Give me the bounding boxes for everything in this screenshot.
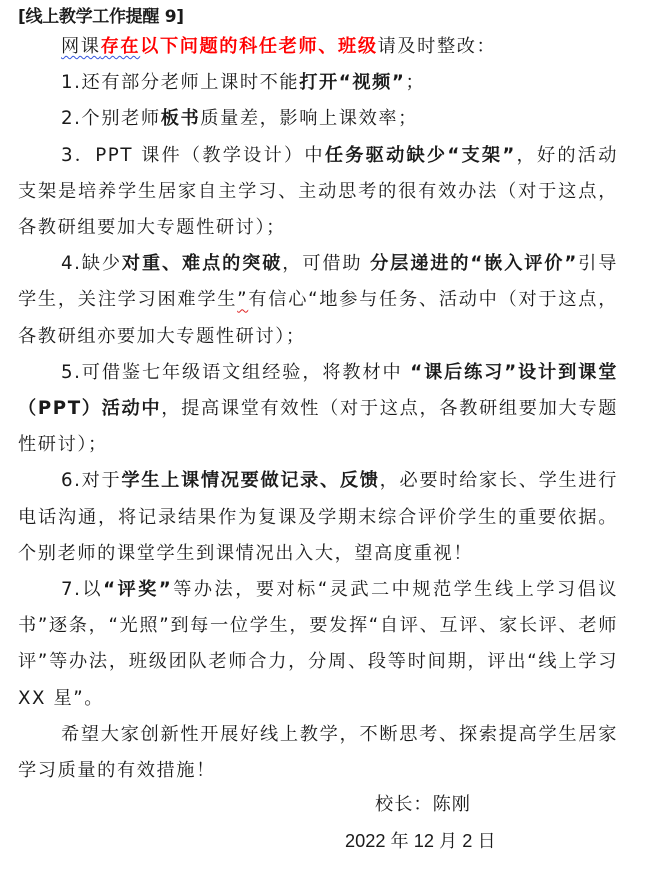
item-3: 3．PPT 课件（教学设计）中任务驱动缺少“支架”，好的活动支架是培养学生居家自… [18,138,618,247]
item-7-bold: “评奖” [103,579,172,600]
item-5: 5.可借鉴七年级语文组经验，将教材中 “课后练习”设计到课堂（PPT）活动中，提… [18,355,618,464]
item-1-bold: 打开“视频” [299,72,405,93]
intro-prefix: 网课 [61,36,101,57]
item-6-bold: 学生上课情况要做记录、反馈 [121,470,379,491]
item-3-bold: 任务驱动缺少“支架” [325,145,516,166]
item-1: 1.还有部分老师上课时不能打开“视频”； [18,65,618,101]
closing-paragraph: 希望大家创新性开展好线上教学，不断思考、探索提高学生居家学习质量的有效措施！ [18,717,618,789]
item-1-text: 1.还有部分老师上课时不能 [61,72,299,93]
item-6: 6.对于学生上课情况要做记录、反馈，必要时给家长、学生进行电话沟通，将记录结果作… [18,463,618,572]
date: 2022 年 12 月 2 日 [345,823,496,859]
item-5-text: 5.可借鉴七年级语文组经验，将教材中 [61,362,410,383]
item-6-text: 6.对于 [61,470,121,491]
intro-red-underlined: 存在 [101,36,141,57]
item-4-bold-2: 分层递进的“嵌入评价” [370,253,578,274]
signature: 校长：陈刚 [375,787,471,823]
intro-suffix: 请及时整改： [378,36,497,57]
item-2-text: 2.个别老师 [61,108,161,129]
item-1-text-end: ； [405,72,425,93]
document-title: [线上教学工作提醒 9] [18,4,184,30]
item-3-text: 3．PPT 课件（教学设计）中 [61,145,325,166]
item-4-bold-1: 对重、难点的突破 [122,253,282,274]
item-4: 4.缺少对重、难点的突破，可借助 分层递进的“嵌入评价”引导学生，关注学习困难学… [18,246,618,355]
item-2: 2.个别老师板书质量差，影响上课效率； [18,101,618,137]
intro-paragraph: 网课存在以下问题的科任老师、班级请及时整改： [18,29,618,65]
item-4-text-2: ，可借助 [282,253,370,274]
item-7-text: 7.以 [61,579,103,600]
item-2-text-end: 质量差，影响上课效率； [200,108,418,129]
intro-red-highlight: 以下问题的科任老师、班级 [140,36,377,57]
item-2-bold: 板书 [161,108,201,129]
document-body: 网课存在以下问题的科任老师、班级请及时整改： 1.还有部分老师上课时不能打开“视… [18,29,618,789]
item-4-spellcheck-mark: ” [237,289,248,310]
item-4-text: 4.缺少 [61,253,122,274]
item-7: 7.以“评奖”等办法，要对标“灵武二中规范学生线上学习倡议书”逐条，“光照”到每… [18,572,618,717]
